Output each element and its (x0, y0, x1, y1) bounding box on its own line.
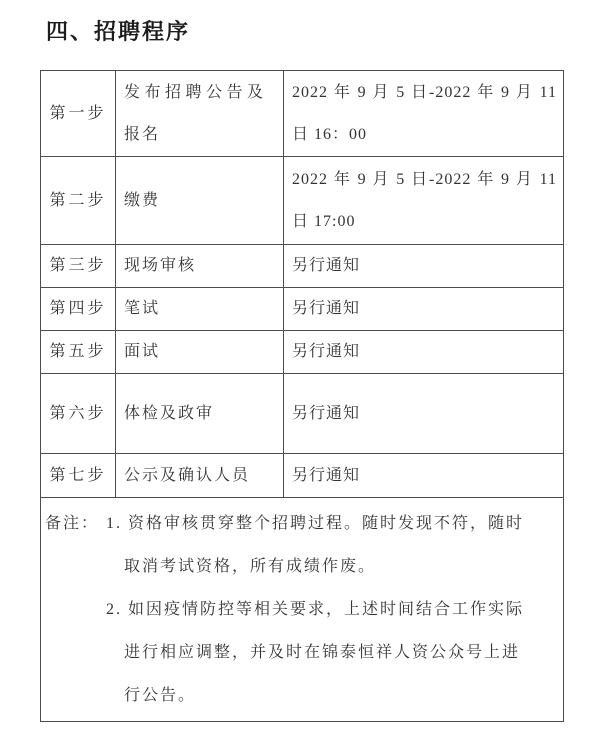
step-cell: 第二步 (41, 157, 116, 245)
item-cell: 体检及政审 (116, 374, 284, 454)
item-cell: 面试 (116, 331, 284, 374)
step-cell: 第六步 (41, 374, 116, 454)
notes-block: 备注： 1. 资格审核贯穿整个招聘过程。随时发现不符，随时取消考试资格，所有成绩… (45, 502, 563, 717)
note-item-1: 1. 资格审核贯穿整个招聘过程。随时发现不符，随时取消考试资格，所有成绩作废。 (106, 502, 526, 588)
detail-cell: 另行通知 (284, 245, 564, 288)
detail-cell: 2022 年 9 月 5 日-2022 年 9 月 11 日 16：00 (284, 71, 564, 157)
table-row-step1: 第一步 发布招聘公告及报名 2022 年 9 月 5 日-2022 年 9 月 … (41, 71, 564, 157)
document-page: 四、招聘程序 第一步 发布招聘公告及报名 2022 年 9 月 5 日-2022… (0, 17, 600, 722)
table-row-notes: 备注： 1. 资格审核贯穿整个招聘过程。随时发现不符，随时取消考试资格，所有成绩… (41, 498, 564, 722)
procedure-table-body: 第一步 发布招聘公告及报名 2022 年 9 月 5 日-2022 年 9 月 … (41, 71, 564, 722)
table-row-step5: 第五步 面试 另行通知 (41, 331, 564, 374)
section-title: 四、招聘程序 (46, 17, 600, 47)
table-row-step6: 第六步 体检及政审 另行通知 (41, 374, 564, 454)
notes-label: 备注： (45, 502, 106, 545)
detail-cell: 另行通知 (284, 288, 564, 331)
step-cell: 第四步 (41, 288, 116, 331)
detail-cell: 2022 年 9 月 5 日-2022 年 9 月 11 日 17:00 (284, 157, 564, 245)
table-row-step3: 第三步 现场审核 另行通知 (41, 245, 564, 288)
notes-cell: 备注： 1. 资格审核贯穿整个招聘过程。随时发现不符，随时取消考试资格，所有成绩… (41, 498, 564, 722)
item-cell: 笔试 (116, 288, 284, 331)
step-cell: 第三步 (41, 245, 116, 288)
table-row-step7: 第七步 公示及确认人员 另行通知 (41, 454, 564, 498)
note-item-2: 2. 如因疫情防控等相关要求，上述时间结合工作实际进行相应调整，并及时在锦泰恒祥… (106, 588, 526, 717)
table-row-step4: 第四步 笔试 另行通知 (41, 288, 564, 331)
item-cell: 公示及确认人员 (116, 454, 284, 498)
item-cell: 现场审核 (116, 245, 284, 288)
table-row-step2: 第二步 缴费 2022 年 9 月 5 日-2022 年 9 月 11 日 17… (41, 157, 564, 245)
step-cell: 第一步 (41, 71, 116, 157)
item-cell: 缴费 (116, 157, 284, 245)
recruitment-procedure-table: 第一步 发布招聘公告及报名 2022 年 9 月 5 日-2022 年 9 月 … (40, 70, 564, 722)
notes-list: 1. 资格审核贯穿整个招聘过程。随时发现不符，随时取消考试资格，所有成绩作废。 … (106, 502, 526, 717)
item-cell: 发布招聘公告及报名 (116, 71, 284, 157)
detail-cell: 另行通知 (284, 454, 564, 498)
detail-cell: 另行通知 (284, 331, 564, 374)
detail-cell: 另行通知 (284, 374, 564, 454)
step-cell: 第五步 (41, 331, 116, 374)
step-cell: 第七步 (41, 454, 116, 498)
